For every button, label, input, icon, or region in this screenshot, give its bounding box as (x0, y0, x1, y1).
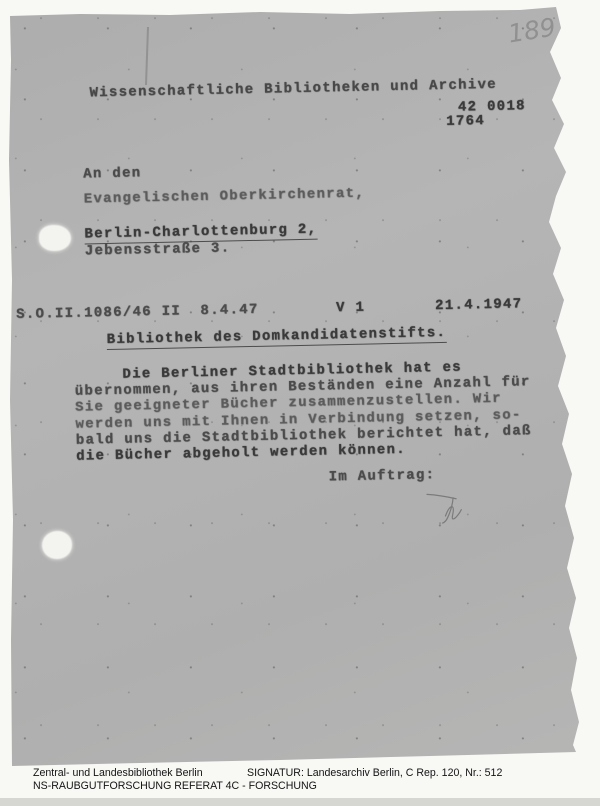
closing-line: Im Auftrag: (328, 467, 435, 485)
next-page-edge (0, 798, 600, 806)
reference-file-number: S.O.II.1086/46 II 8.4.47 (16, 302, 259, 323)
body-paragraph: Die Berliner Stadtbibliothek hat es über… (74, 357, 566, 464)
reference-line: S.O.II.1086/46 II 8.4.47 V 1 21.4.1947 (16, 296, 536, 324)
footer-department: NS-RAUBGUTFORSCHUNG REFERAT 4C - FORSCHU… (33, 780, 317, 793)
address-salutation: An den (83, 165, 142, 182)
corner-tear-mark (0, 28, 9, 47)
typewritten-content: Wissenschaftliche Bibliotheken und Archi… (0, 0, 600, 806)
footer-signature-reference: SIGNATUR: Landesarchiv Berlin, C Rep. 12… (247, 767, 502, 780)
letterhead-number-2: 1764 (446, 113, 485, 130)
archive-stamp-footer: Zentral- und Landesbibliothek Berlin SIG… (0, 764, 600, 797)
reference-mark: V 1 (336, 300, 365, 317)
reference-date: 21.4.1947 (435, 296, 523, 314)
letterhead-organization: Wissenschaftliche Bibliotheken und Archi… (89, 77, 497, 102)
address-recipient: Evangelischen Oberkirchenrat, (84, 186, 366, 208)
signature-scribble-icon (426, 485, 473, 528)
scanned-letter: 189 Wissenschaftliche Bibliotheken und A… (0, 0, 600, 806)
subject-line: Bibliothek des Domkandidatenstifts. (107, 325, 447, 350)
letter-paper: 189 Wissenschaftliche Bibliotheken und A… (0, 0, 600, 806)
footer-library-name: Zentral- und Landesbibliothek Berlin (33, 767, 203, 780)
address-street: Jebensstraße 3. (85, 240, 231, 259)
